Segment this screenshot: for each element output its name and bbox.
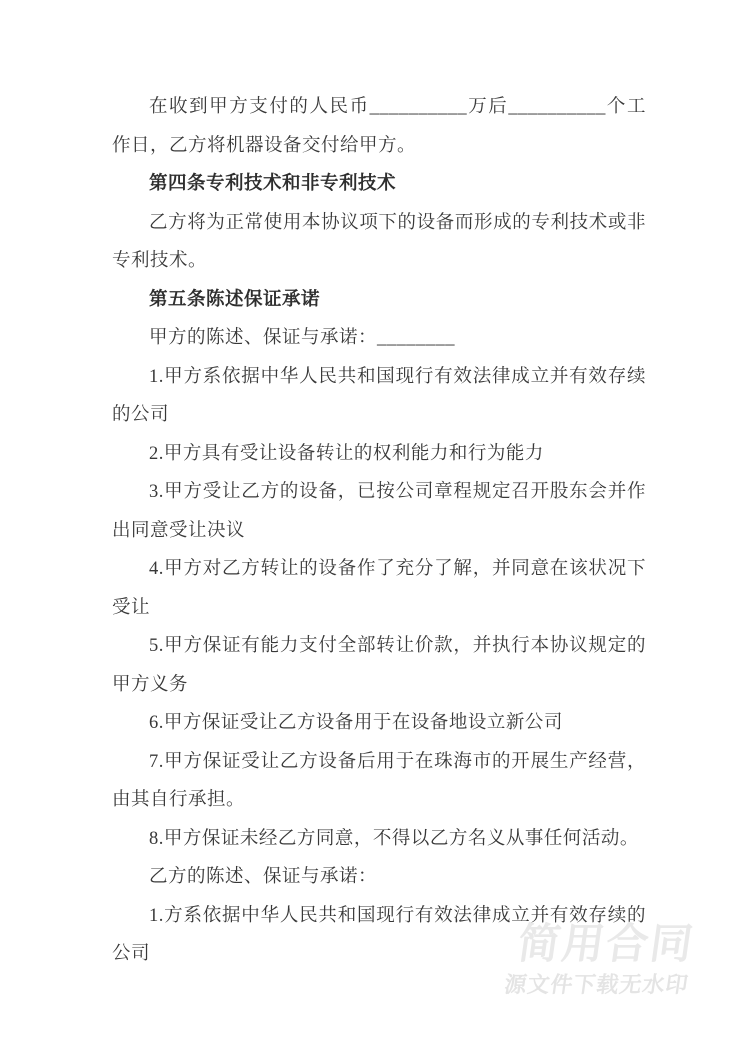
paragraph-party-a-item-4: 4.甲方对乙方转让的设备作了充分了解，并同意在该状况下受让 — [112, 550, 646, 627]
heading-article-5-representations: 第五条陈述保证承诺 — [112, 281, 646, 320]
paragraph-party-a-item-7: 7.甲方保证受让乙方设备后用于在珠海市的开展生产经营，由其自行承担。 — [112, 743, 646, 820]
paragraph-party-a-item-5: 5.甲方保证有能力支付全部转让价款，并执行本协议规定的甲方义务 — [112, 627, 646, 704]
paragraph-party-a-item-3: 3.甲方受让乙方的设备，已按公司章程规定召开股东会并作出同意受让决议 — [112, 473, 646, 550]
contract-page: 在收到甲方支付的人民币__________万后__________个工作日，乙方… — [0, 0, 742, 1049]
heading-article-4-patent-tech: 第四条专利技术和非专利技术 — [112, 165, 646, 204]
paragraph-party-a-item-1: 1.甲方系依据中华人民共和国现行有效法律成立并有效存续的公司 — [112, 358, 646, 435]
paragraph-payment-delivery: 在收到甲方支付的人民币__________万后__________个工作日，乙方… — [112, 88, 646, 165]
paragraph-patent-tech-body: 乙方将为正常使用本协议项下的设备而形成的专利技术或非专利技术。 — [112, 204, 646, 281]
paragraph-party-a-item-6: 6.甲方保证受让乙方设备用于在设备地设立新公司 — [112, 704, 646, 743]
paragraph-party-b-representations: 乙方的陈述、保证与承诺： — [112, 858, 646, 897]
paragraph-party-a-item-8: 8.甲方保证未经乙方同意，不得以乙方名义从事任何活动。 — [112, 820, 646, 859]
paragraph-party-b-item-1: 1.方系依据中华人民共和国现行有效法律成立并有效存续的公司 — [112, 897, 646, 974]
paragraph-party-a-representations: 甲方的陈述、保证与承诺：________ — [112, 319, 646, 358]
paragraph-party-a-item-2: 2.甲方具有受让设备转让的权利能力和行为能力 — [112, 435, 646, 474]
